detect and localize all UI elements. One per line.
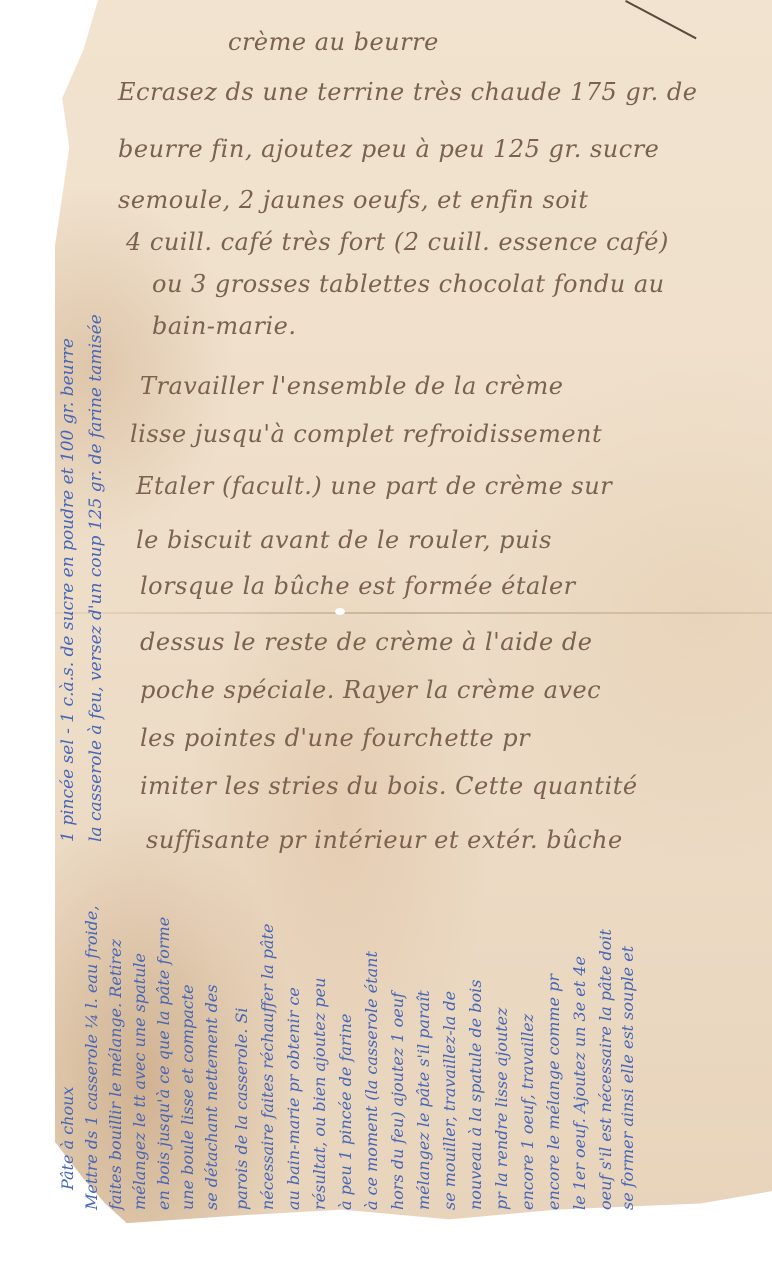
pate-line: se mouiller, travaillez-la de <box>440 991 459 1210</box>
pate-line: Mettre ds 1 casserole ¼ l. eau froide, <box>82 906 101 1210</box>
pate-title: Pâte à choux <box>58 1087 77 1190</box>
pate-line: pr la rendre lisse ajoutez <box>492 1007 511 1210</box>
pate-line: parois de la casserole. Si <box>232 1007 251 1210</box>
recipe-line: ou 3 grosses tablettes chocolat fondu au <box>152 270 665 298</box>
pate-line: en bois jusqu'à ce que la pâte forme <box>154 917 173 1210</box>
recipe-line: les pointes d'une fourchette pr <box>140 724 530 752</box>
recipe-line: le biscuit avant de le rouler, puis <box>136 526 552 554</box>
pate-line: se former ainsi elle est souple et <box>618 946 637 1210</box>
recipe-line: suffisante pr intérieur et extér. bûche <box>146 826 623 854</box>
margin-note-line: 1 pincée sel - 1 c.à.s. de sucre en poud… <box>58 338 78 842</box>
recipe-line: beurre fin, ajoutez peu à peu 125 gr. su… <box>118 135 659 163</box>
pate-line: encore le mélange comme pr <box>544 974 563 1210</box>
pate-line: une boule lisse et compacte <box>178 984 197 1210</box>
pate-line: à peu 1 pincée de farine <box>336 1014 355 1210</box>
recipe-line: semoule, 2 jaunes oeufs, et enfin soit <box>118 186 588 214</box>
recipe-line: 4 cuill. café très fort (2 cuill. essenc… <box>126 228 669 256</box>
pate-line: hors du feu) ajoutez 1 oeuf <box>388 992 407 1210</box>
pate-line: oeuf s'il est nécessaire la pâte doit <box>596 929 615 1210</box>
recipe-line: lisse jusqu'à complet refroidissement <box>130 420 602 448</box>
pate-line: encore 1 oeuf, travaillez <box>518 1014 537 1210</box>
recipe-line: imiter les stries du bois. Cette quantit… <box>140 772 638 800</box>
pate-line: mélangez le tt avec une spatule <box>130 953 149 1210</box>
paper-hole <box>335 608 345 615</box>
pate-line: à ce moment (la casserole étant <box>362 951 381 1210</box>
pate-line: nécessaire faites réchauffer la pâte <box>258 924 277 1210</box>
recipe-line: dessus le reste de crème à l'aide de <box>140 628 592 656</box>
margin-note-line: la casserole à feu, versez d'un coup 125… <box>86 314 106 842</box>
pate-line: mélangez le pâte s'il paraît <box>414 990 433 1210</box>
pate-line: au bain-marie pr obtenir ce <box>284 987 303 1210</box>
pate-line: le 1er oeuf. Ajoutez un 3e et 4e <box>570 956 589 1210</box>
pate-line: nouveau à la spatule de bois <box>466 980 485 1210</box>
recipe-line: poche spéciale. Rayer la crème avec <box>140 676 601 704</box>
pate-line: faites bouillir le mélange. Retirez <box>106 939 125 1210</box>
recipe-line: Ecrasez ds une terrine très chaude 175 g… <box>118 78 697 106</box>
recipe-line: Travailler l'ensemble de la crème <box>140 372 563 400</box>
recipe-title: crème au beurre <box>228 28 439 56</box>
recipe-line: bain-marie. <box>152 312 296 340</box>
recipe-line: Etaler (facult.) une part de crème sur <box>136 472 612 500</box>
fold-crease <box>55 612 772 614</box>
pate-line: se détachant nettement des <box>202 984 221 1210</box>
pate-line: résultat, ou bien ajoutez peu <box>310 978 329 1210</box>
recipe-line: lorsque la bûche est formée étaler <box>140 572 576 600</box>
